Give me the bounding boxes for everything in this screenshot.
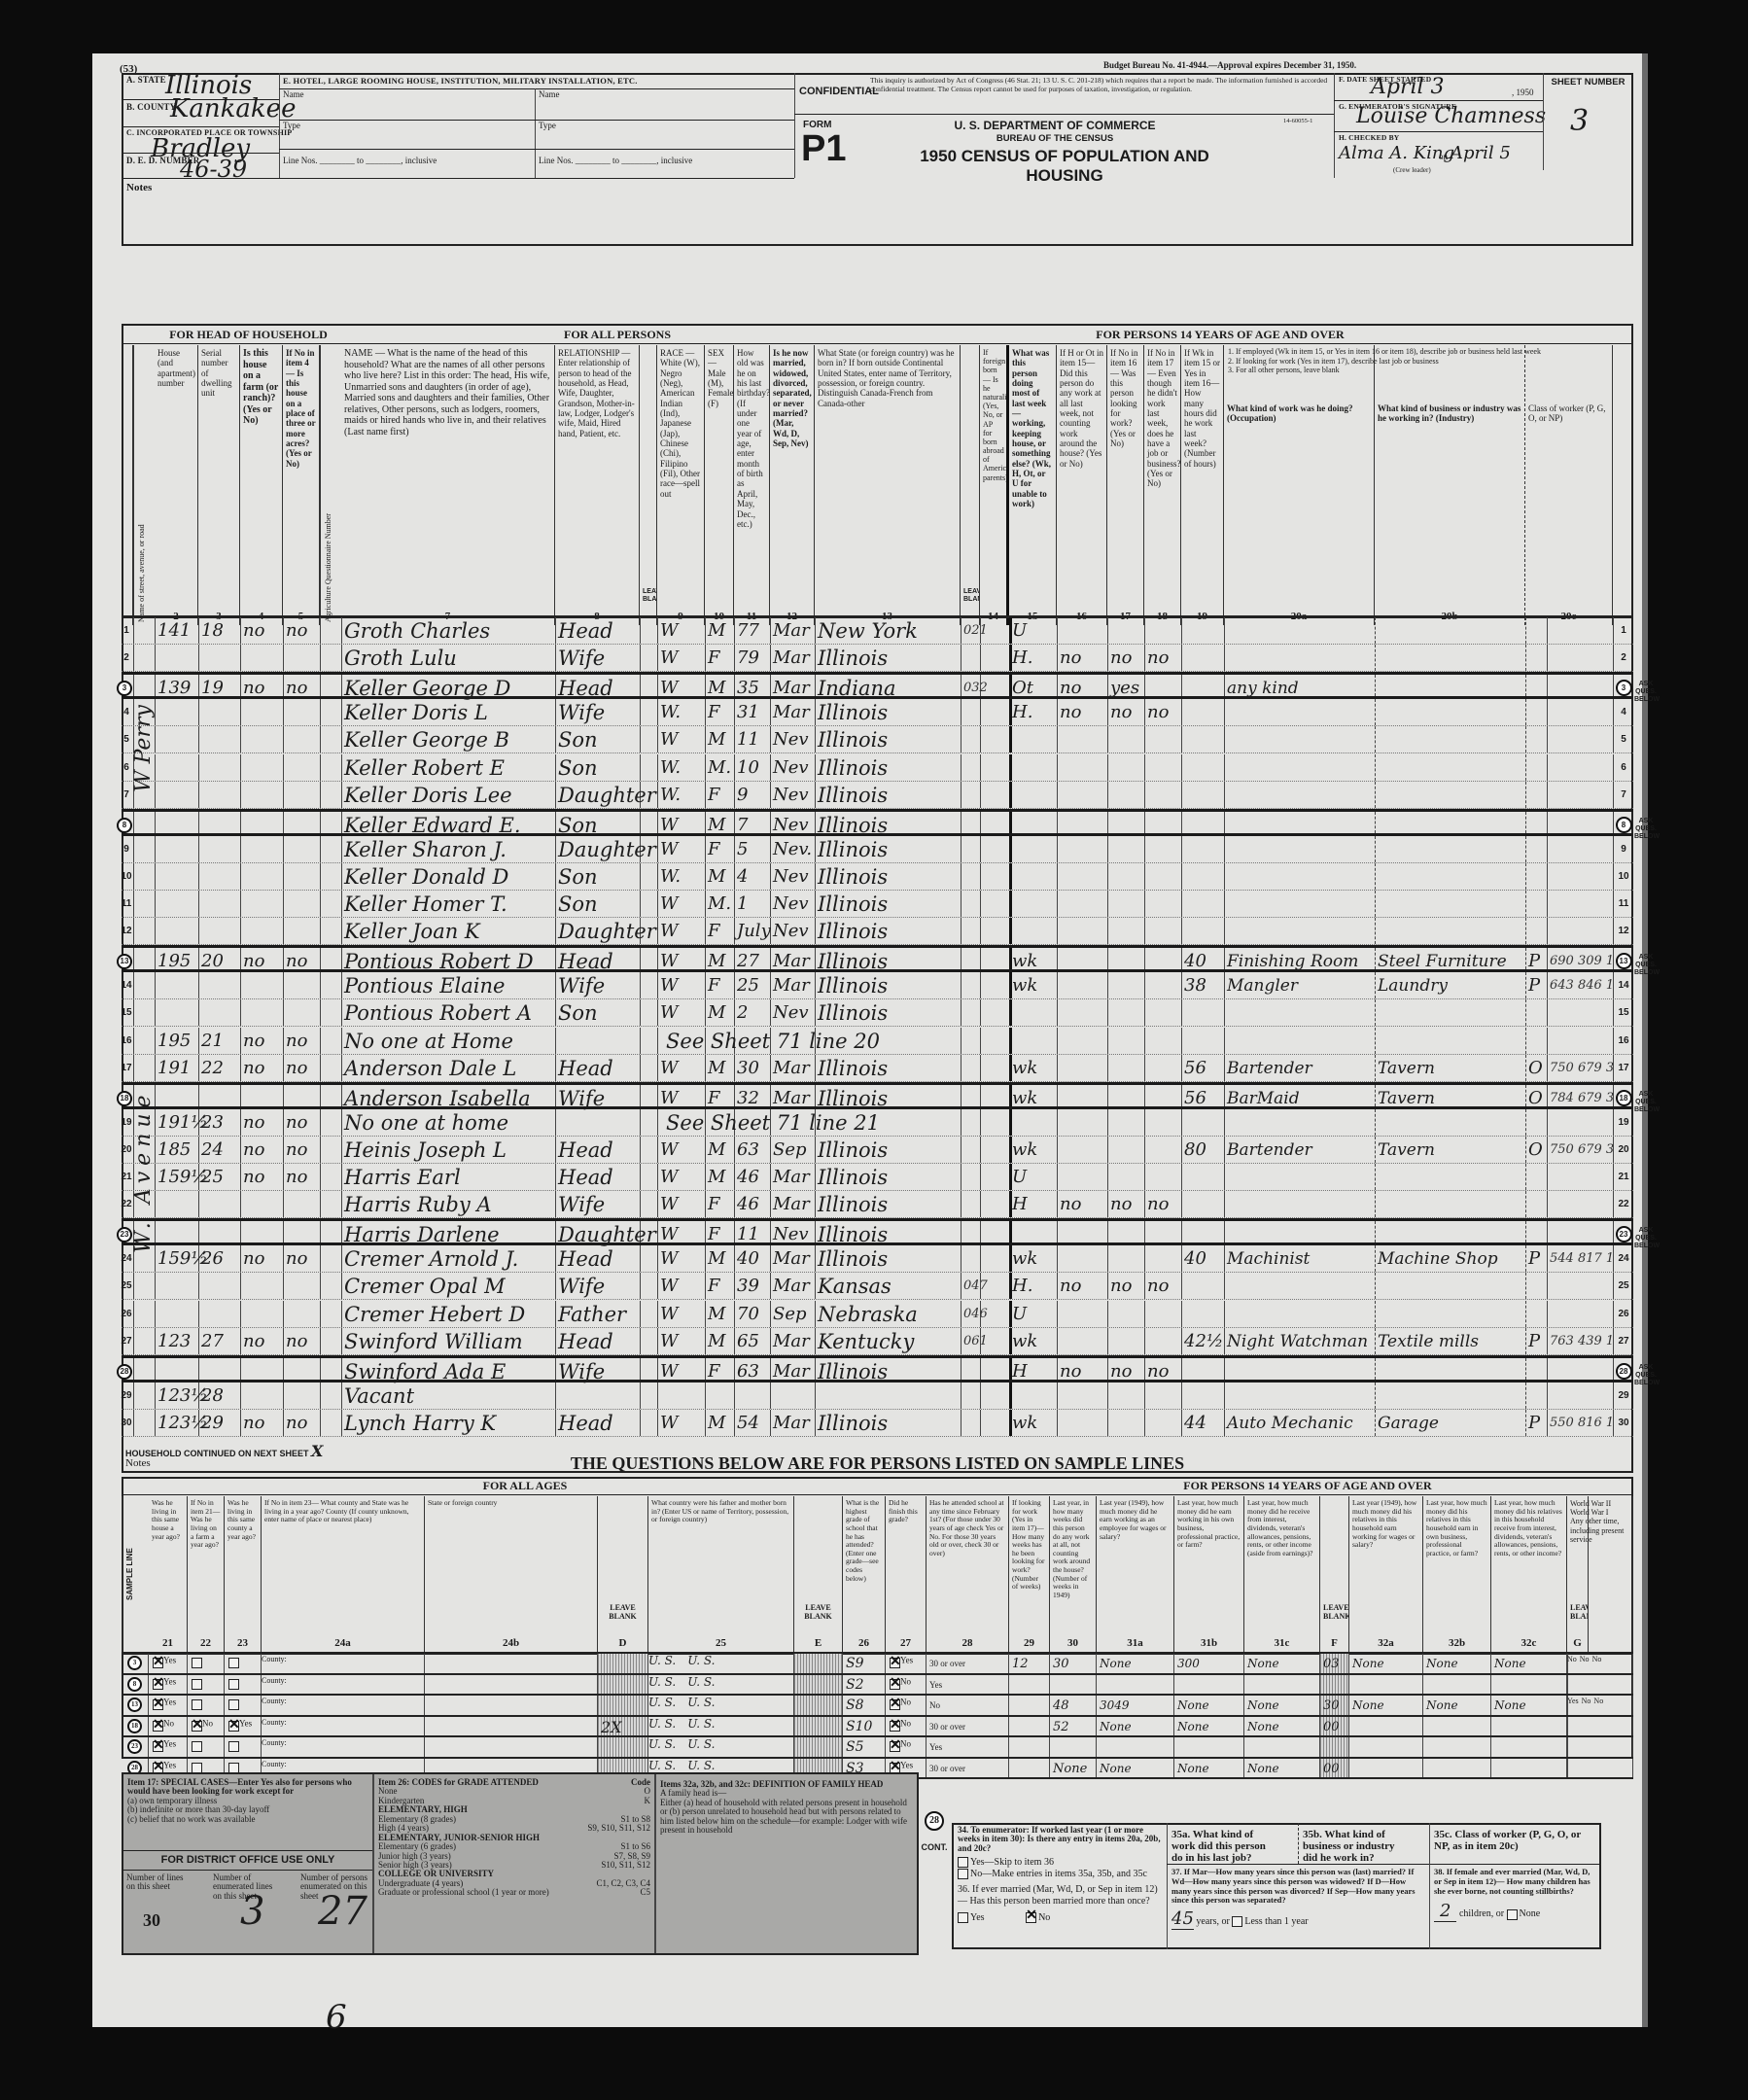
divider: [555, 1028, 556, 1054]
ask-questions-below: ASK QUES. BELOW: [1634, 954, 1658, 977]
code-f-cell: 00: [1320, 1717, 1349, 1736]
divider: [657, 1028, 658, 1054]
divider: [1224, 617, 1225, 644]
mother-birthplace: U. S.: [687, 1717, 715, 1731]
divider: [1613, 1358, 1614, 1380]
q22-cell: No: [188, 1717, 225, 1736]
finished-cell: Yes: [886, 1654, 926, 1673]
q21-value: Yes: [163, 1676, 176, 1686]
q21-checkbox[interactable]: [153, 1741, 163, 1752]
divider: [1009, 891, 1012, 917]
q21-checkbox[interactable]: [153, 1763, 163, 1773]
age: 1: [737, 891, 769, 917]
divider: [1375, 1221, 1376, 1242]
family-income-business: [1423, 1762, 1426, 1775]
divider: [240, 918, 241, 944]
divider: [705, 863, 706, 890]
divider: [1375, 1085, 1376, 1106]
divider: [770, 1164, 771, 1190]
q34-no-checkbox[interactable]: [958, 1869, 968, 1879]
divider: [770, 1221, 771, 1242]
marital-status: Mar: [773, 617, 814, 644]
dwelling-number: 19: [201, 675, 239, 696]
divider: [320, 617, 321, 644]
age: 7: [737, 812, 769, 833]
divider: [1547, 617, 1548, 644]
attended-cell: 30 or over: [926, 1717, 1009, 1736]
divider: [341, 1301, 342, 1327]
person-name: Keller George D: [344, 675, 554, 696]
divider: [320, 891, 321, 917]
institution-name-label-2: Name: [539, 90, 560, 99]
family-income-business: [1423, 1678, 1426, 1692]
income-other-cell: None: [1244, 1696, 1320, 1715]
divider: [555, 645, 556, 671]
divider: [961, 1273, 961, 1299]
district-lines-value: 30: [143, 1910, 160, 1931]
divider: [961, 1164, 961, 1190]
divider: [657, 1221, 658, 1242]
divider: [770, 1410, 771, 1436]
activity: wk: [1012, 1085, 1056, 1106]
col-num: 31a: [1097, 1637, 1173, 1650]
sex: F: [708, 645, 733, 671]
divider: [705, 782, 706, 808]
divider: [555, 1055, 556, 1081]
line-number-right: 5: [1615, 726, 1632, 753]
family-income-wages-cell: None: [1349, 1654, 1423, 1673]
divider: [1525, 1191, 1526, 1217]
divider: [815, 1191, 816, 1217]
relationship: Wife: [558, 1191, 639, 1217]
divider: [657, 726, 658, 752]
divider: [240, 812, 241, 833]
col-6-header: Agriculture Questionnaire Number: [320, 345, 341, 625]
q34-yes-checkbox[interactable]: [958, 1857, 968, 1868]
occupation: any kind: [1227, 675, 1374, 696]
divider: [1009, 726, 1012, 752]
table-row: 1111Keller Homer T.SonWM.1NevIllinois: [122, 891, 1633, 918]
divider: [1525, 948, 1526, 969]
age: 11: [737, 1221, 769, 1242]
finished-value: Yes: [900, 1656, 913, 1665]
divider: [555, 1301, 556, 1327]
family-income-wages-cell: [1349, 1759, 1423, 1778]
divider: [1547, 782, 1548, 808]
mother-birthplace: U. S.: [687, 1675, 715, 1689]
col-8-header: RELATIONSHIP — Enter relationship of per…: [555, 345, 640, 625]
divider: [1144, 1328, 1145, 1354]
code-b: 047: [963, 1273, 979, 1299]
q37-less-checkbox[interactable]: [1232, 1916, 1242, 1927]
acres-answer: no: [286, 1245, 319, 1272]
divider: [1107, 1410, 1108, 1436]
divider: [1144, 1137, 1145, 1163]
finished-checkbox[interactable]: [890, 1679, 900, 1690]
q21-checkbox[interactable]: [153, 1658, 163, 1668]
q21-checkbox[interactable]: [153, 1699, 163, 1710]
q35b-text: 35b. What kind of business or industry d…: [1303, 1829, 1410, 1864]
bureau-label: BUREAU OF THE CENSUS: [899, 133, 1210, 144]
marital-status: Mar: [773, 1273, 814, 1299]
divider: [1181, 675, 1182, 696]
relationship: Head: [558, 1164, 639, 1190]
finished-checkbox[interactable]: [890, 1763, 900, 1773]
race: W: [660, 1410, 704, 1436]
divider: [240, 1301, 241, 1327]
col-label: If No in item 16— Was this person lookin…: [1110, 348, 1138, 448]
q22-cell: [188, 1654, 225, 1673]
divider: [1525, 1164, 1526, 1190]
person-name: Pontious Robert A: [344, 999, 554, 1026]
divider: [705, 1191, 706, 1217]
income-other-cell: None: [1244, 1717, 1320, 1736]
checked-by-label: h. CHECKED BY: [1339, 133, 1399, 142]
divider: [1224, 999, 1225, 1026]
birthplace: Illinois: [818, 1191, 960, 1217]
form-id: P1: [801, 129, 846, 168]
divider: [980, 1358, 981, 1380]
family-income-business: [1423, 1740, 1426, 1754]
q21-cell: Yes: [149, 1675, 188, 1695]
divider: [640, 1410, 641, 1436]
q23-checkbox[interactable]: [228, 1721, 239, 1732]
q23-checkbox[interactable]: [228, 1741, 239, 1752]
col-2-header: House (and apartment) number2: [155, 345, 198, 625]
col-14-header: If foreign born— Is he naturalized? (Yes…: [980, 345, 1009, 625]
family-income-business: [1423, 1720, 1426, 1733]
weeks-looking-cell: [1009, 1675, 1050, 1695]
q38-children-value[interactable]: 2: [1434, 1901, 1456, 1922]
divider: [1107, 754, 1108, 781]
divider: [1613, 617, 1614, 644]
divider: [1547, 1055, 1548, 1081]
person-name: Keller Robert E: [344, 754, 554, 781]
divider: [1375, 754, 1376, 781]
birthplace: Illinois: [818, 1221, 960, 1242]
race: W: [660, 1245, 704, 1272]
relationship: Son: [558, 999, 639, 1026]
sex: F: [708, 1221, 733, 1242]
marital-status: Mar: [773, 699, 814, 725]
divider: [283, 645, 284, 671]
divider: [961, 812, 961, 833]
divider: [555, 918, 556, 944]
divider: [1613, 1164, 1614, 1190]
divider: [1613, 1191, 1614, 1217]
table-row: 77Keller Doris LeeDaughterW.F9NevIllinoi…: [122, 782, 1633, 809]
divider: [279, 120, 794, 121]
ask-questions-below: ASK QUES. BELOW: [1634, 1091, 1658, 1114]
ask-questions-below: ASK QUES. BELOW: [1634, 818, 1658, 841]
divider: [1525, 1109, 1526, 1136]
acres-answer: no: [286, 1164, 319, 1190]
code-f-cell: [1320, 1675, 1349, 1695]
divider: [1375, 1191, 1376, 1217]
weeks-worked-cell: 48: [1050, 1696, 1097, 1715]
other-value: No: [1592, 1655, 1602, 1663]
divider: [1547, 1164, 1548, 1190]
divider: [198, 863, 199, 890]
divider: [555, 1221, 556, 1242]
divider: [1547, 754, 1548, 781]
table-row: 66Keller Robert ESonW.M.10NevIllinois: [122, 754, 1633, 782]
age: 63: [737, 1358, 769, 1380]
q36-no-checkbox[interactable]: [1026, 1912, 1036, 1923]
ww2-value: No: [1567, 1655, 1577, 1663]
divider: [770, 675, 771, 696]
table-row: 2424159½26nonoCremer Arnold J.HeadWM40Ma…: [122, 1245, 1633, 1273]
divider: [1375, 699, 1376, 725]
col-num: 25: [648, 1637, 793, 1650]
divider: [734, 948, 735, 969]
divider: [734, 972, 735, 998]
divider: [341, 1358, 342, 1380]
finished-checkbox[interactable]: [890, 1699, 900, 1710]
divider: [1057, 812, 1058, 833]
divider: [1375, 1137, 1376, 1163]
code-f: 03: [1320, 1657, 1340, 1671]
relationship: Son: [558, 863, 639, 890]
divider: [640, 1245, 641, 1272]
q22-checkbox[interactable]: [192, 1763, 202, 1773]
grade-code-value: S10, S11, S12: [601, 1861, 650, 1870]
race: W: [660, 726, 704, 752]
grade-attended-cell: S8: [843, 1696, 886, 1715]
col-num: 31c: [1244, 1637, 1319, 1650]
income-wages-cell: None: [1097, 1759, 1174, 1778]
divider: [770, 972, 771, 998]
finished-checkbox[interactable]: [890, 1741, 900, 1752]
divider: [555, 812, 556, 833]
header-location: a. STATE Illinois: [126, 75, 272, 85]
q22-checkbox[interactable]: [192, 1658, 202, 1668]
q22-checkbox[interactable]: [192, 1679, 202, 1690]
grade-attended: S5: [843, 1739, 864, 1755]
person-name: Harris Earl: [344, 1164, 554, 1190]
col-label: House (and apartment) number: [157, 348, 195, 388]
divider: [734, 918, 735, 944]
acres-answer: no: [286, 617, 319, 644]
divider: [1613, 1109, 1614, 1136]
divider: [1107, 1328, 1108, 1354]
table-row: 1010Keller Donald DSonW.M4NevIllinois: [122, 863, 1633, 891]
divider: [1107, 1273, 1108, 1299]
finished-value: Yes: [900, 1760, 913, 1769]
dwelling-number: 28: [201, 1382, 239, 1409]
race: W: [660, 1137, 704, 1163]
birthplace: Illinois: [818, 726, 960, 752]
sheet-number: 3: [1570, 104, 1589, 138]
divider: [705, 1301, 706, 1327]
divider: [1107, 812, 1108, 833]
q22-checkbox[interactable]: [192, 1699, 202, 1710]
divider: [1144, 782, 1145, 808]
divider: [815, 645, 816, 671]
divider: [657, 972, 658, 998]
divider: [705, 1273, 706, 1299]
divider: [320, 863, 321, 890]
divider: [980, 948, 981, 969]
divider: [1525, 972, 1526, 998]
table-row: 33ASK QUES. BELOW13919nonoKeller George …: [122, 672, 1633, 699]
birthplace: Illinois: [818, 918, 960, 944]
divider: [240, 1164, 241, 1190]
divider: [1525, 754, 1526, 781]
q37-less-label: Less than 1 year: [1244, 1916, 1308, 1927]
instruction-1: 1. If employed (Wk in item 15, or Yes in…: [1228, 347, 1607, 357]
divider: [1144, 645, 1145, 671]
divider: [283, 726, 284, 752]
q22-checkbox[interactable]: [192, 1721, 202, 1732]
line-number-right: 8ASK QUES. BELOW: [1615, 812, 1632, 839]
divider: [1224, 1109, 1225, 1136]
family-income-other-cell: None: [1491, 1696, 1567, 1715]
family-income-other-cell: [1491, 1737, 1567, 1757]
q23-checkbox[interactable]: [228, 1679, 239, 1690]
divider: [1144, 1191, 1145, 1217]
divider: [980, 699, 981, 725]
farm-answer: no: [243, 1245, 282, 1272]
divider: [320, 1191, 321, 1217]
divider: [734, 863, 735, 890]
divider: [123, 178, 794, 179]
divider: [198, 812, 199, 833]
divider: [283, 1410, 284, 1436]
divider: [640, 1055, 641, 1081]
q37-years-value[interactable]: 45: [1171, 1908, 1194, 1930]
sex: M: [708, 863, 733, 890]
divider: [657, 1137, 658, 1163]
divider: [770, 836, 771, 862]
divider: [794, 114, 1334, 115]
q21-checkbox[interactable]: [153, 1721, 163, 1732]
col-num: 32b: [1423, 1637, 1490, 1650]
line-number-right: 11: [1615, 891, 1632, 918]
divider: [1057, 1273, 1058, 1299]
divider: [657, 1410, 658, 1436]
occupation: Machinist: [1227, 1245, 1374, 1272]
divider: [1613, 699, 1614, 725]
divider: [705, 1164, 706, 1190]
divider: [1613, 645, 1614, 671]
divider: [657, 645, 658, 671]
divider: [1181, 1410, 1182, 1436]
person-name: Keller Doris Lee: [344, 782, 554, 808]
activity: wk: [1012, 1137, 1056, 1163]
divider: [657, 1328, 658, 1354]
divider: [1181, 1055, 1182, 1081]
person-name: Cremer Hebert D: [344, 1301, 554, 1327]
divider: [640, 1273, 641, 1299]
divider: [341, 1085, 342, 1106]
age: 27: [737, 948, 769, 969]
divider: [1224, 891, 1225, 917]
divider: [1525, 1221, 1526, 1242]
divider: [1525, 891, 1526, 917]
divider: [1547, 1109, 1548, 1136]
sample-row: 13YesCounty:U. S.U. S.S8NoNo483049NoneNo…: [122, 1696, 1633, 1717]
divider: [320, 812, 321, 833]
q38-none-checkbox[interactable]: [1507, 1909, 1518, 1920]
divider: [1057, 1328, 1058, 1354]
divider: [1375, 1301, 1376, 1327]
weeks-looking: 12: [1009, 1657, 1029, 1671]
divider: [1167, 1864, 1601, 1865]
q22-checkbox[interactable]: [192, 1741, 202, 1752]
divider: [1009, 1109, 1012, 1136]
birthplace: Nebraska: [818, 1301, 960, 1327]
other-value: No: [1593, 1697, 1603, 1705]
looking-for-work: no: [1110, 645, 1143, 671]
person-name: Groth Charles: [344, 617, 554, 644]
race: W: [660, 812, 704, 833]
divider: [320, 726, 321, 752]
col-a-header: LEAVE BLANK: [640, 345, 657, 625]
sample-line-circle: 23: [127, 1739, 142, 1754]
q36-yes-checkbox[interactable]: [958, 1912, 968, 1923]
activity: U: [1012, 617, 1056, 644]
divider: [1057, 1191, 1058, 1217]
relationship: Wife: [558, 645, 639, 671]
line-number-right: 28ASK QUES. BELOW: [1615, 1358, 1632, 1385]
divider: [283, 891, 284, 917]
house-number: 123: [157, 1328, 197, 1354]
sample-row: 18NoNoYesCounty:2XU. S.U. S.S10No30 or o…: [122, 1717, 1633, 1738]
divider: [1057, 1245, 1058, 1272]
divider: [1181, 645, 1182, 671]
birthplace: Illinois: [818, 1410, 960, 1436]
divider: [1144, 1410, 1145, 1436]
divider: [1144, 972, 1145, 998]
divider: [1107, 891, 1108, 917]
finished-checkbox[interactable]: [890, 1658, 900, 1668]
divider: [283, 972, 284, 998]
q37-suffix: years, or: [1196, 1916, 1229, 1927]
q38: 38. If female and ever married (Mar, Wd,…: [1434, 1868, 1599, 1922]
income-business-cell: [1174, 1737, 1244, 1757]
relationship: Father: [558, 1301, 639, 1327]
industry: Tavern: [1378, 1055, 1524, 1081]
q23-checkbox[interactable]: [228, 1699, 239, 1710]
industry: Tavern: [1378, 1085, 1524, 1106]
code-f-cell: 00: [1320, 1759, 1349, 1778]
table-row: 1414Pontious ElaineWifeWF25MarIllinoiswk…: [122, 972, 1633, 999]
divider: [341, 891, 342, 917]
q23-checkbox[interactable]: [228, 1658, 239, 1668]
birthplace: Illinois: [818, 782, 960, 808]
sex: F: [708, 699, 733, 725]
income-other-cell: None: [1244, 1759, 1320, 1778]
code-c: 750 679 3: [1550, 1055, 1612, 1081]
divider: [1057, 675, 1058, 696]
divider: [240, 754, 241, 781]
q23-checkbox[interactable]: [228, 1763, 239, 1773]
divider: [320, 836, 321, 862]
divider: [283, 812, 284, 833]
q21-checkbox[interactable]: [153, 1679, 163, 1690]
finished-checkbox[interactable]: [890, 1721, 900, 1732]
divider: [1375, 1109, 1376, 1136]
income-other: None: [1244, 1762, 1279, 1775]
divider: [283, 699, 284, 725]
divider: [657, 999, 658, 1026]
divider: [1525, 645, 1526, 671]
col-label: Name of street, avenue, or road: [137, 524, 146, 622]
divider: [1181, 782, 1182, 808]
divider: [1224, 948, 1225, 969]
divider: [1525, 1137, 1526, 1163]
